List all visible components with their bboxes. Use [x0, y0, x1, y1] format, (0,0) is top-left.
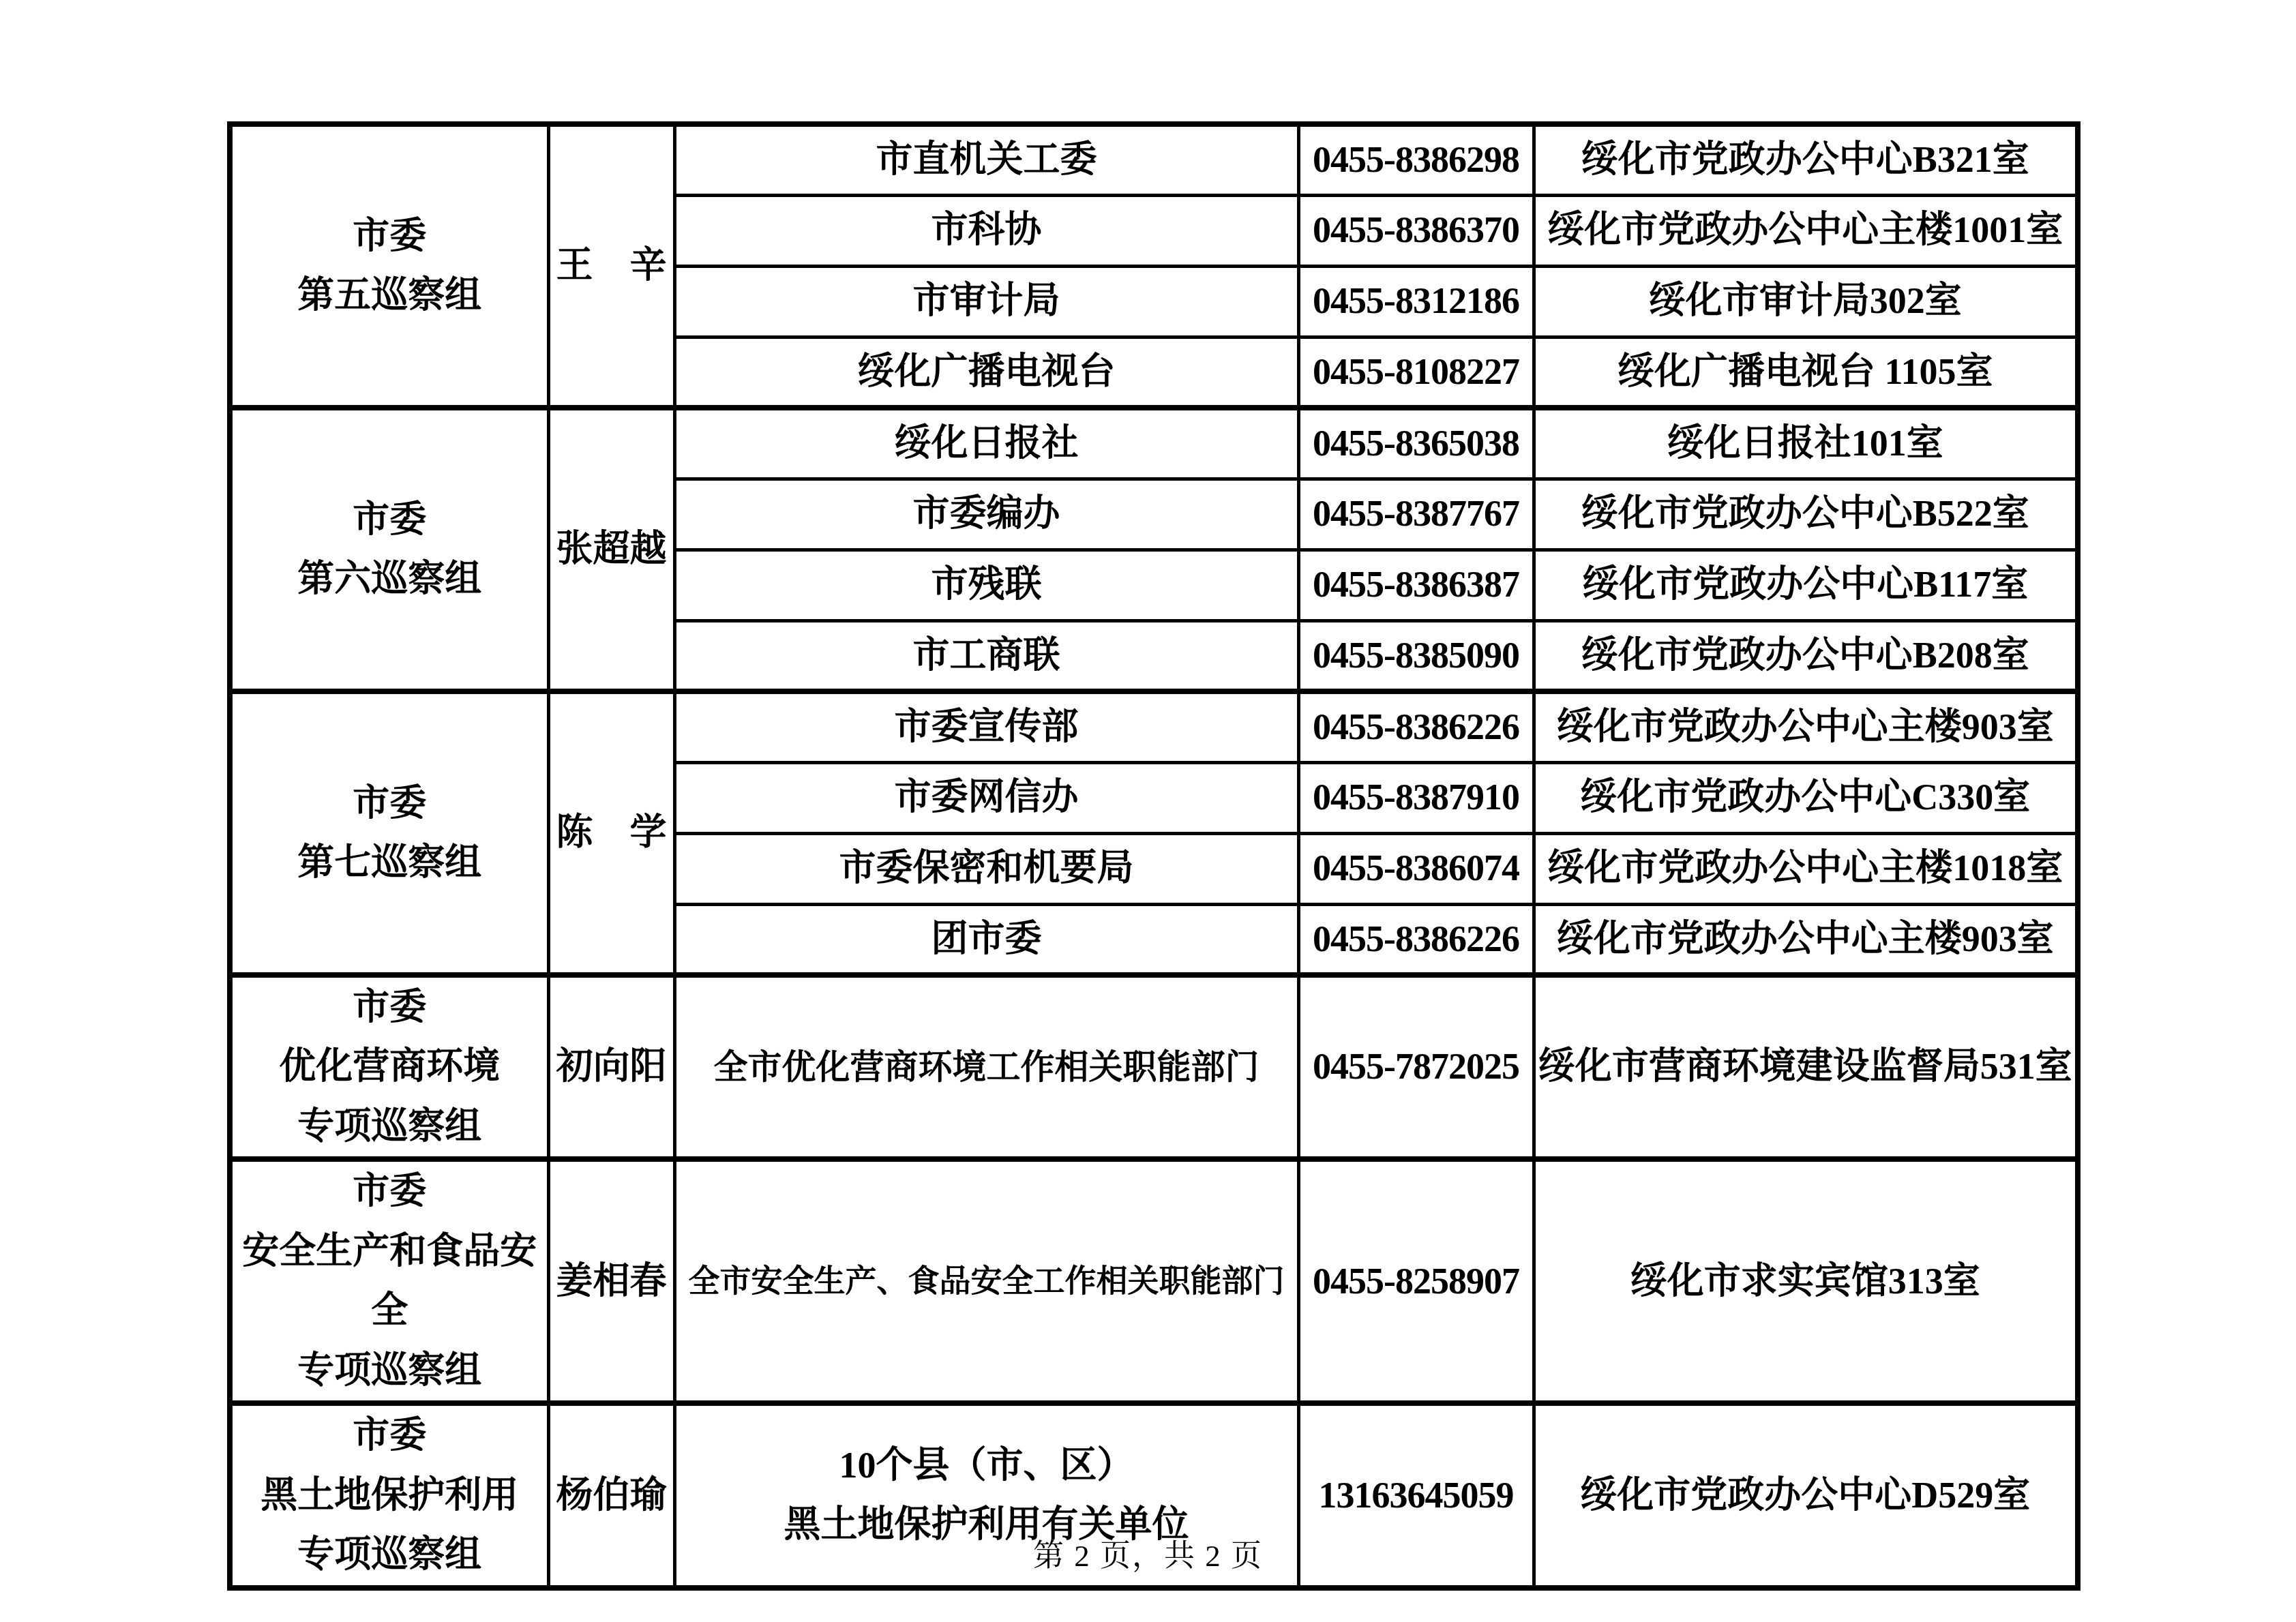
phone-cell: 0455-8108227	[1298, 337, 1534, 408]
address-cell: 绥化市党政办公中心B321室	[1534, 124, 2078, 195]
group-leader-cell: 初向阳	[548, 975, 674, 1159]
group-name-cell: 市委 优化营商环境 专项巡察组	[230, 975, 548, 1159]
address-cell: 绥化市审计局302室	[1534, 266, 2078, 337]
page-number-footer: 第 2 页，共 2 页	[0, 1531, 2296, 1575]
address-cell: 绥化市党政办公中心主楼1018室	[1534, 833, 2078, 904]
address-cell: 绥化市党政办公中心主楼903室	[1534, 691, 2078, 762]
table-row: 市委 优化营商环境 专项巡察组 初向阳 全市优化营商环境工作相关职能部门 045…	[230, 975, 2078, 1159]
phone-cell: 0455-7872025	[1298, 975, 1534, 1159]
group-name-cell: 市委 第六巡察组	[230, 408, 548, 691]
department-cell: 市委网信办	[674, 762, 1298, 833]
address-cell: 绥化市营商环境建设监督局531室	[1534, 975, 2078, 1159]
phone-cell: 0455-8386074	[1298, 833, 1534, 904]
group-leader-cell: 姜相春	[548, 1159, 674, 1403]
department-cell: 团市委	[674, 904, 1298, 975]
address-cell: 绥化市党政办公中心B208室	[1534, 620, 2078, 691]
address-cell: 绥化日报社101室	[1534, 408, 2078, 479]
department-cell: 全市安全生产、食品安全工作相关职能部门	[674, 1159, 1298, 1403]
table-row: 市委 第六巡察组 张超越 绥化日报社 0455-8365038 绥化日报社101…	[230, 408, 2078, 479]
phone-cell: 0455-8258907	[1298, 1159, 1534, 1403]
phone-cell: 0455-8386387	[1298, 550, 1534, 620]
department-cell: 市残联	[674, 550, 1298, 620]
document-page: 市委 第五巡察组 王 辛 市直机关工委 0455-8386298 绥化市党政办公…	[0, 0, 2296, 1622]
phone-cell: 0455-8386226	[1298, 904, 1534, 975]
department-cell: 市委宣传部	[674, 691, 1298, 762]
department-cell: 市科协	[674, 195, 1298, 266]
group-leader-cell: 王 辛	[548, 124, 674, 408]
department-cell: 市审计局	[674, 266, 1298, 337]
address-cell: 绥化市求实宾馆313室	[1534, 1159, 2078, 1403]
phone-cell: 0455-8386226	[1298, 691, 1534, 762]
phone-cell: 0455-8387910	[1298, 762, 1534, 833]
department-cell: 市工商联	[674, 620, 1298, 691]
address-cell: 绥化市党政办公中心主楼1001室	[1534, 195, 2078, 266]
table-row: 市委 第五巡察组 王 辛 市直机关工委 0455-8386298 绥化市党政办公…	[230, 124, 2078, 195]
phone-cell: 0455-8312186	[1298, 266, 1534, 337]
group-name-cell: 市委 第五巡察组	[230, 124, 548, 408]
department-cell: 绥化广播电视台	[674, 337, 1298, 408]
phone-cell: 0455-8387767	[1298, 479, 1534, 550]
address-cell: 绥化市党政办公中心B522室	[1534, 479, 2078, 550]
department-cell: 市委编办	[674, 479, 1298, 550]
group-name-cell: 市委 安全生产和食品安全 专项巡察组	[230, 1159, 548, 1403]
group-leader-cell: 陈 学	[548, 691, 674, 975]
phone-cell: 0455-8385090	[1298, 620, 1534, 691]
department-cell: 市直机关工委	[674, 124, 1298, 195]
table-row: 市委 第七巡察组 陈 学 市委宣传部 0455-8386226 绥化市党政办公中…	[230, 691, 2078, 762]
inspection-groups-contact-table: 市委 第五巡察组 王 辛 市直机关工委 0455-8386298 绥化市党政办公…	[227, 121, 2081, 1591]
department-cell: 绥化日报社	[674, 408, 1298, 479]
phone-cell: 0455-8365038	[1298, 408, 1534, 479]
phone-cell: 0455-8386370	[1298, 195, 1534, 266]
group-leader-cell: 张超越	[548, 408, 674, 691]
department-cell: 市委保密和机要局	[674, 833, 1298, 904]
department-cell: 全市优化营商环境工作相关职能部门	[674, 975, 1298, 1159]
table-row: 市委 安全生产和食品安全 专项巡察组 姜相春 全市安全生产、食品安全工作相关职能…	[230, 1159, 2078, 1403]
address-cell: 绥化市党政办公中心B117室	[1534, 550, 2078, 620]
address-cell: 绥化市党政办公中心C330室	[1534, 762, 2078, 833]
address-cell: 绥化广播电视台 1105室	[1534, 337, 2078, 408]
address-cell: 绥化市党政办公中心主楼903室	[1534, 904, 2078, 975]
group-name-cell: 市委 第七巡察组	[230, 691, 548, 975]
phone-cell: 0455-8386298	[1298, 124, 1534, 195]
